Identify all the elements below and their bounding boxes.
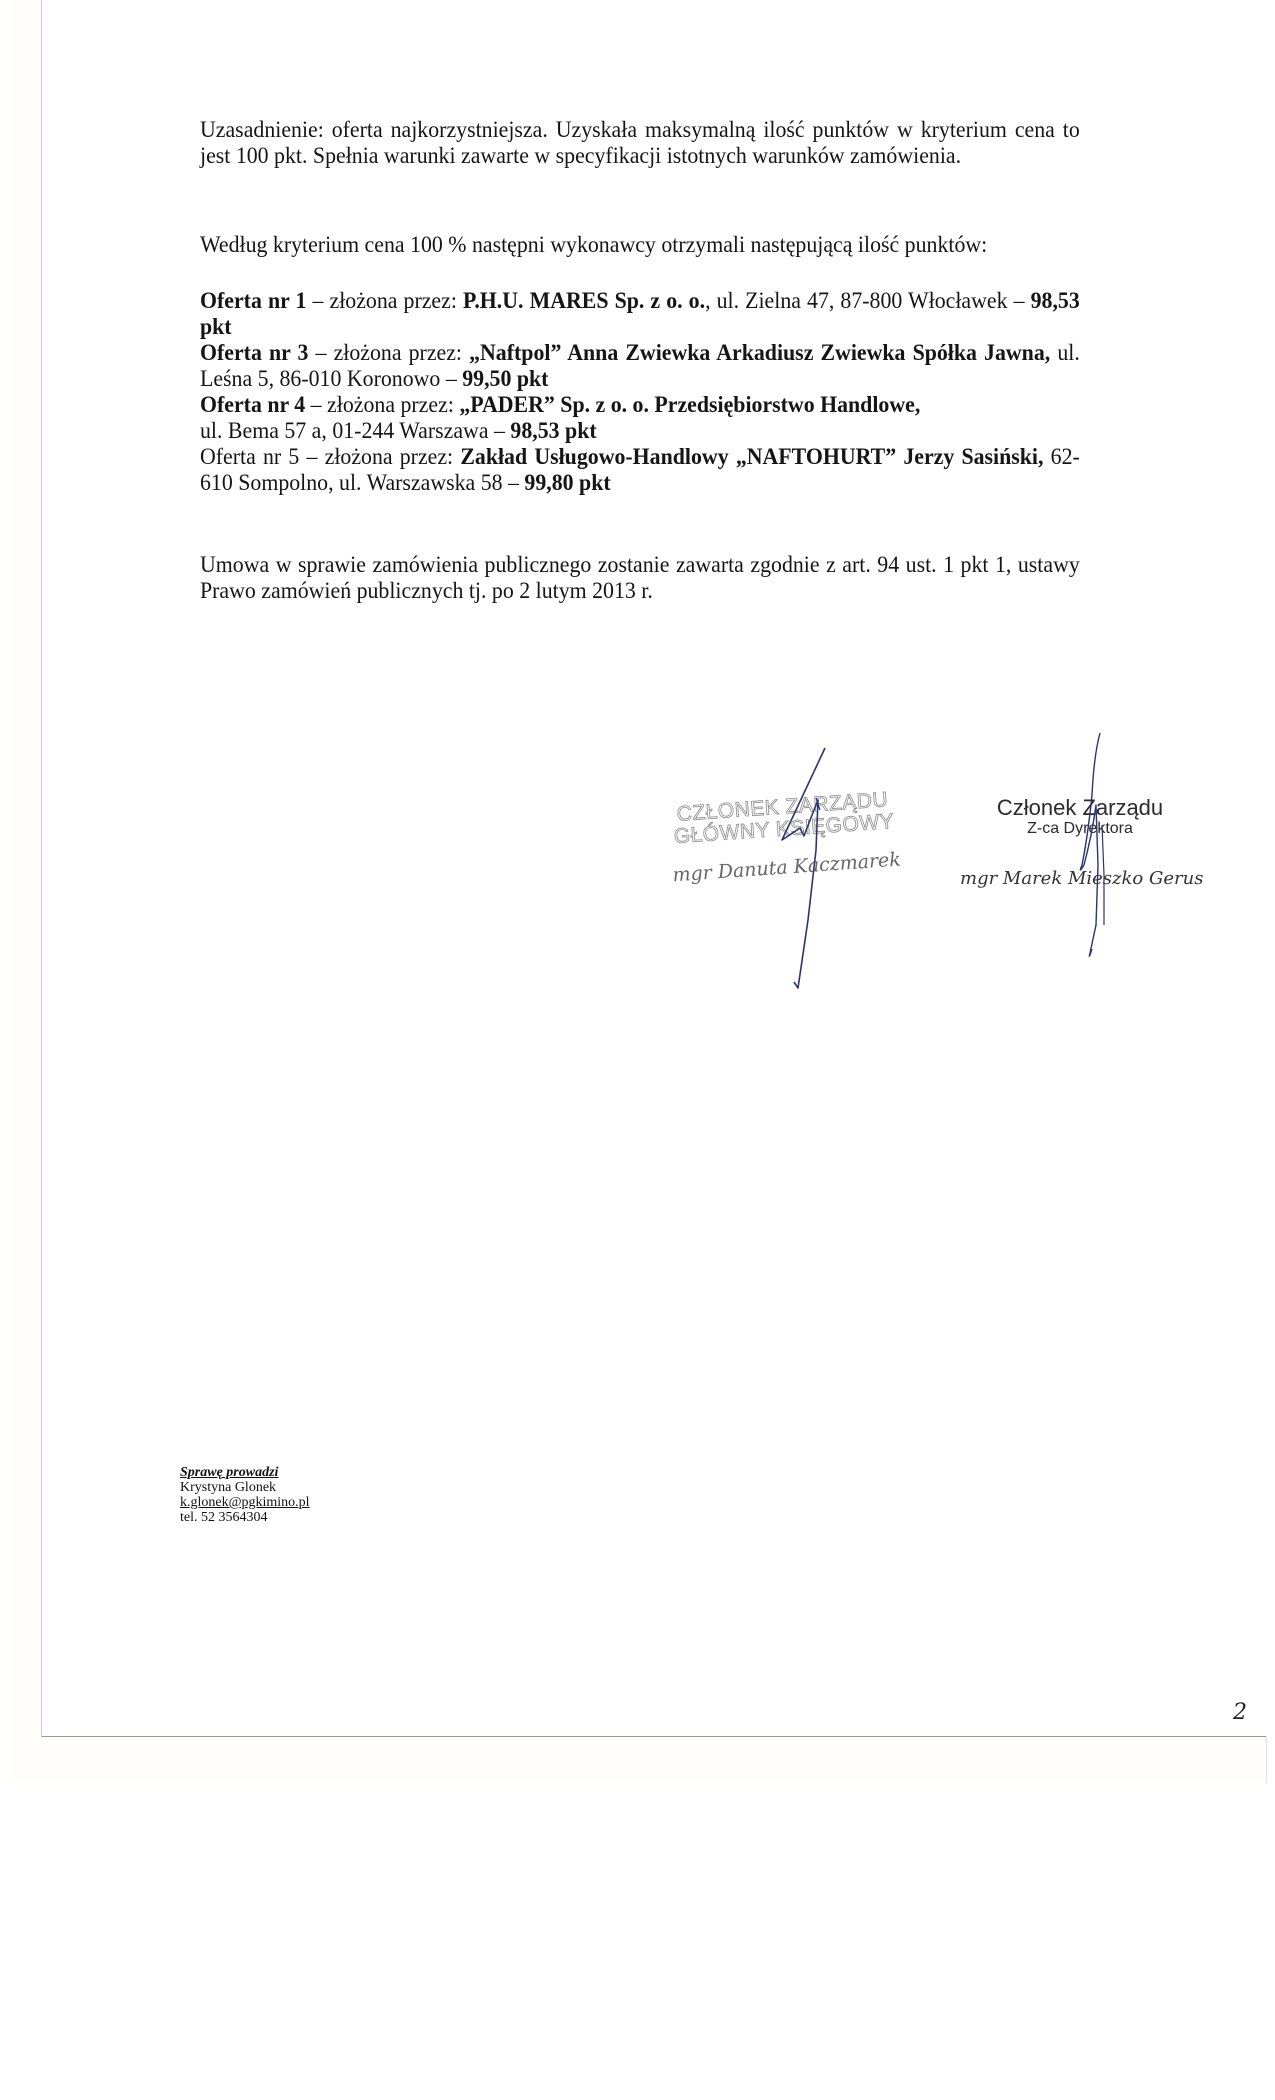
offer-submitted-by: – złożona przez: <box>308 340 469 366</box>
contract-note-text: Umowa w sprawie zamówienia publicznego z… <box>200 552 1080 604</box>
offer-company: Zakład Usługowo-Handlowy „NAFTOHURT” Jer… <box>460 444 1043 470</box>
contract-note: Umowa w sprawie zamówienia publicznego z… <box>200 552 1080 604</box>
offer-points: 99,50 pkt <box>462 366 548 392</box>
case-handler-email-link[interactable]: k.glonek@pgkimino.pl <box>180 1495 310 1510</box>
signatory-name: mgr Marek Mieszko Gerus <box>960 868 1200 889</box>
case-handler-info: Sprawę prowadzi Krystyna Glonek k.glonek… <box>180 1465 310 1525</box>
offer-item: Oferta nr 1 – złożona przez: P.H.U. MARE… <box>200 288 1080 340</box>
offer-submitted-by: – złożona przez: <box>299 444 460 470</box>
offer-item: Oferta nr 5 – złożona przez: Zakład Usłu… <box>200 444 1080 496</box>
offer-label: Oferta nr 5 <box>200 444 299 470</box>
offer-submitted-by: – złożona przez: <box>305 392 459 418</box>
stamp-line: Członek Zarządu <box>960 796 1200 820</box>
case-handler-title: Sprawę prowadzi <box>180 1465 310 1480</box>
offer-item: Oferta nr 4 – złożona przez: „PADER” Sp.… <box>200 392 1080 444</box>
stamp-line: Z-ca Dyrektora <box>960 820 1200 838</box>
offer-label: Oferta nr 4 <box>200 392 305 418</box>
offers-list: Oferta nr 1 – złożona przez: P.H.U. MARE… <box>200 288 1080 496</box>
criteria-intro-text: Według kryterium cena 100 % następni wyk… <box>200 232 1080 258</box>
case-handler-name: Krystyna Glonek <box>180 1480 310 1495</box>
offer-address: ul. Bema 57 a, 01-244 Warszawa – <box>200 418 510 444</box>
case-handler-phone: tel. 52 3564304 <box>180 1510 310 1525</box>
offer-company: „PADER” Sp. z o. o. Przedsiębiorstwo Han… <box>459 392 920 418</box>
stamp-deputy-director: Członek Zarządu Z-ca Dyrektora mgr Marek… <box>960 796 1200 889</box>
criteria-intro: Według kryterium cena 100 % następni wyk… <box>200 232 1080 258</box>
offer-company: „Naftpol” Anna Zwiewka Arkadiusz Zwiewka… <box>469 340 1050 366</box>
offer-company: P.H.U. MARES Sp. z o. o. <box>463 288 705 314</box>
page-edge-line <box>1266 1736 1267 1783</box>
stamp-chief-accountant: CZŁONEK ZARZĄDU GŁÓWNY KSIĘGOWY mgr Danu… <box>662 788 907 887</box>
offer-points: 98,53 pkt <box>510 418 596 444</box>
offer-label: Oferta nr 1 <box>200 288 306 314</box>
justification-paragraph: Uzasadnienie: oferta najkorzystniejsza. … <box>200 117 1080 169</box>
offer-item: Oferta nr 3 – złożona przez: „Naftpol” A… <box>200 340 1080 392</box>
offer-address: , ul. Zielna 47, 87-800 Włocławek – <box>705 288 1031 314</box>
offer-submitted-by: – złożona przez: <box>306 288 463 314</box>
offer-points: 99,80 pkt <box>524 470 610 496</box>
page-number: 2 <box>1233 1700 1247 1725</box>
justification-text: Uzasadnienie: oferta najkorzystniejsza. … <box>200 117 1080 169</box>
offer-label: Oferta nr 3 <box>200 340 308 366</box>
